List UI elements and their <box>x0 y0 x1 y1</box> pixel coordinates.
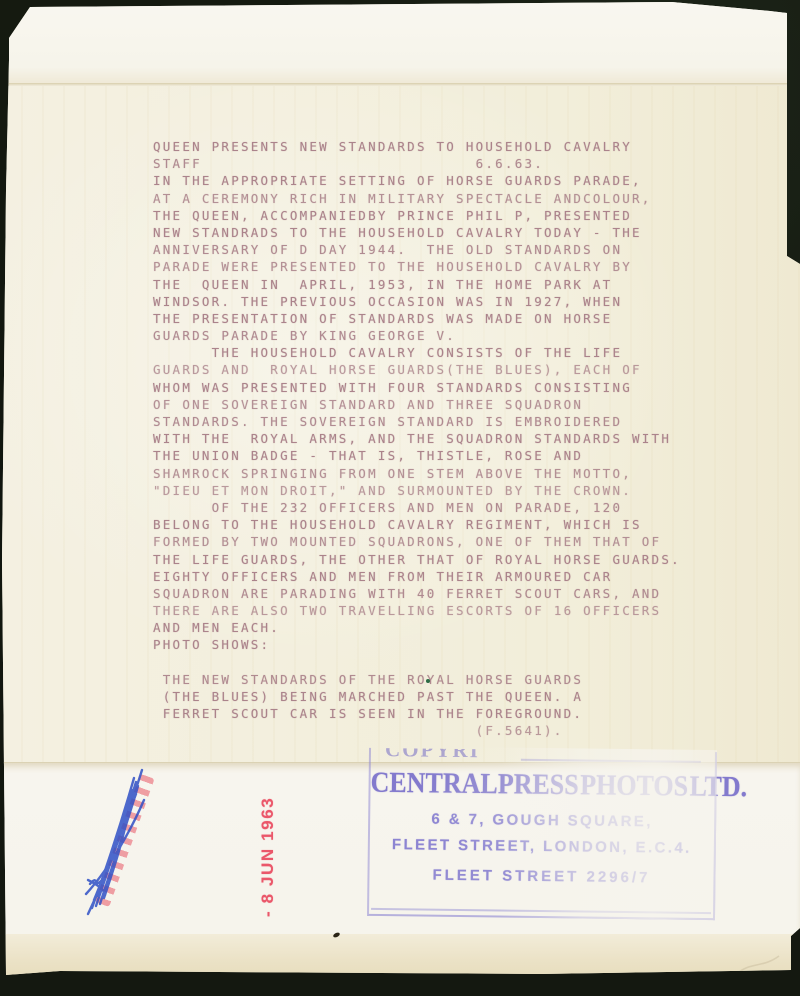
blue-ink-scribble <box>70 756 190 926</box>
press-agency-stamp: COPYRI CENTRAL PRESS PHOTOS LTD. 6 & 7, … <box>367 748 717 920</box>
caption-line: FORMED BY TWO MOUNTED SQUADRONS, ONE OF … <box>153 533 713 550</box>
caption-line: STANDARDS. THE SOVEREIGN STANDARD IS EMB… <box>153 413 713 430</box>
caption-line: AND MEN EACH. <box>153 619 713 636</box>
caption-line: BELONG TO THE HOUSEHOLD CAVALRY REGIMENT… <box>153 516 713 533</box>
caption-line: IN THE APPROPRIATE SETTING OF HORSE GUAR… <box>153 172 713 189</box>
stamp-top-border-remnant <box>521 759 701 763</box>
caption-line: (THE BLUES) BEING MARCHED PAST THE QUEEN… <box>153 688 713 705</box>
caption-line: FERRET SCOUT CAR IS SEEN IN THE FOREGROU… <box>153 705 713 722</box>
caption-line: OF THE 232 OFFICERS AND MEN ON PARADE, 1… <box>153 499 713 516</box>
caption-line: THE QUEEN, ACCOMPANIEDBY PRINCE PHIL P, … <box>153 207 713 224</box>
caption-line <box>153 654 713 671</box>
date-stamp: - 8 JUN 1963 <box>244 768 290 918</box>
caption-line: PHOTO SHOWS: <box>153 636 713 653</box>
stamp-partial-glyphs: COPYRI <box>385 748 525 761</box>
caption-line: THE QUEEN IN APRIL, 1953, IN THE HOME PA… <box>153 276 713 293</box>
paper-top-fold <box>0 0 800 84</box>
stamp-double-border-line <box>371 908 711 914</box>
stamp-address-line2: FLEET STREET, LONDON, E.C.4. <box>370 836 714 857</box>
date-stamp-text: - 8 JUN 1963 <box>258 765 278 917</box>
caption-line: WITH THE ROYAL ARMS, AND THE SQUADRON ST… <box>153 430 713 447</box>
caption-line: (F.5641). <box>153 722 713 739</box>
caption-line: QUEEN PRESENTS NEW STANDARDS TO HOUSEHOL… <box>153 138 713 155</box>
caption-line: THE LIFE GUARDS, THE OTHER THAT OF ROYAL… <box>153 551 713 568</box>
caption-line: NEW STANDRADS TO THE HOUSEHOLD CAVALRY T… <box>153 224 713 241</box>
caption-line: SHAMROCK SPRINGING FROM ONE STEM ABOVE T… <box>153 465 713 482</box>
caption-line: WHOM WAS PRESENTED WITH FOUR STANDARDS C… <box>153 379 713 396</box>
stamp-address-line1: 6 & 7, GOUGH SQUARE, <box>370 810 714 831</box>
caption-line: PARADE WERE PRESENTED TO THE HOUSEHOLD C… <box>153 258 713 275</box>
stamp-partial-top-text: COPYRI <box>385 748 525 761</box>
caption-line: AT A CEREMONY RICH IN MILITARY SPECTACLE… <box>153 190 713 207</box>
typewritten-caption: QUEEN PRESENTS NEW STANDARDS TO HOUSEHOL… <box>153 138 713 740</box>
caption-line: THE NEW STANDARDS OF THE ROYAL HORSE GUA… <box>153 671 713 688</box>
caption-line: STAFF 6.6.63. <box>153 155 713 172</box>
green-speck <box>426 679 430 683</box>
caption-line: GUARDS AND ROYAL HORSE GUARDS(THE BLUES)… <box>153 361 713 378</box>
caption-line: THE UNION BADGE - THAT IS, THISTLE, ROSE… <box>153 447 713 464</box>
caption-line: ANNIVERSARY OF D DAY 1944. THE OLD STAND… <box>153 241 713 258</box>
caption-line: THE PRESENTATION OF STANDARDS WAS MADE O… <box>153 310 713 327</box>
caption-line: THE HOUSEHOLD CAVALRY CONSISTS OF THE LI… <box>153 344 713 361</box>
caption-line: GUARDS PARADE BY KING GEORGE V. <box>153 327 713 344</box>
caption-line: OF ONE SOVEREIGN STANDARD AND THREE SQUA… <box>153 396 713 413</box>
caption-line: "DIEU ET MON DROIT," AND SURMOUNTED BY T… <box>153 482 713 499</box>
caption-line: WINDSOR. THE PREVIOUS OCCASION WAS IN 19… <box>153 293 713 310</box>
caption-line: EIGHTY OFFICERS AND MEN FROM THEIR ARMOU… <box>153 568 713 585</box>
caption-line: THERE ARE ALSO TWO TRAVELLING ESCORTS OF… <box>153 602 713 619</box>
stamp-phone-line: FLEET STREET 2296/7 <box>369 866 713 887</box>
photo-back-paper: QUEEN PRESENTS NEW STANDARDS TO HOUSEHOL… <box>0 0 800 996</box>
stamp-agency-name: CENTRAL PRESS PHOTOS LTD. <box>370 766 714 804</box>
caption-line: SQUADRON ARE PARADING WITH 40 FERRET SCO… <box>153 585 713 602</box>
